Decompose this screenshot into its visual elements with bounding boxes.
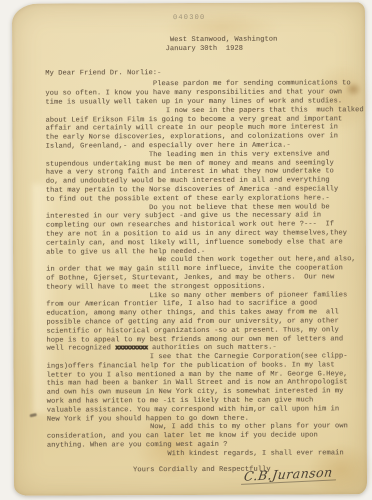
letter-paragraph: The leading men in this very extensive a… xyxy=(46,150,372,204)
page-stamp-number: 040300 xyxy=(173,14,205,23)
letterhead-date: January 30th 1928 xyxy=(45,44,371,54)
closing-line: With kindest regards, I shall ever remai… xyxy=(47,449,372,459)
letter-paragraph: Now, I add this to my other plans for yo… xyxy=(47,423,372,451)
letter-paragraph: I now see in the papers that this much t… xyxy=(45,106,371,151)
letter-page: 040300 West Stanwood, Washington January… xyxy=(12,2,367,496)
typed-content: 040300 West Stanwood, Washington January… xyxy=(45,15,372,475)
letter-paragraph: Please pardon me for sending communicati… xyxy=(45,80,371,108)
paragraph-text: authorities on such matters.- xyxy=(148,344,277,353)
letter-paragraph-with-correction: Like so many other members of pioneer fa… xyxy=(46,291,372,354)
letter-paragraph: We could then work together out here,and… xyxy=(46,256,372,293)
salutation: My Dear Friend Dr. Norlie:- xyxy=(45,68,371,78)
letter-paragraph: Do you not believe that these men would … xyxy=(46,203,372,257)
letter-paragraph: I see that the Carnegie Corporation(see … xyxy=(46,352,372,424)
ink-mark xyxy=(29,413,36,417)
handwritten-signature: C.B.Juranson xyxy=(241,464,338,485)
scanned-letter-background: { "letter": { "stamp": "040300", "place_… xyxy=(0,0,372,500)
overstruck-word: xxxxxxxxx xyxy=(115,344,147,352)
